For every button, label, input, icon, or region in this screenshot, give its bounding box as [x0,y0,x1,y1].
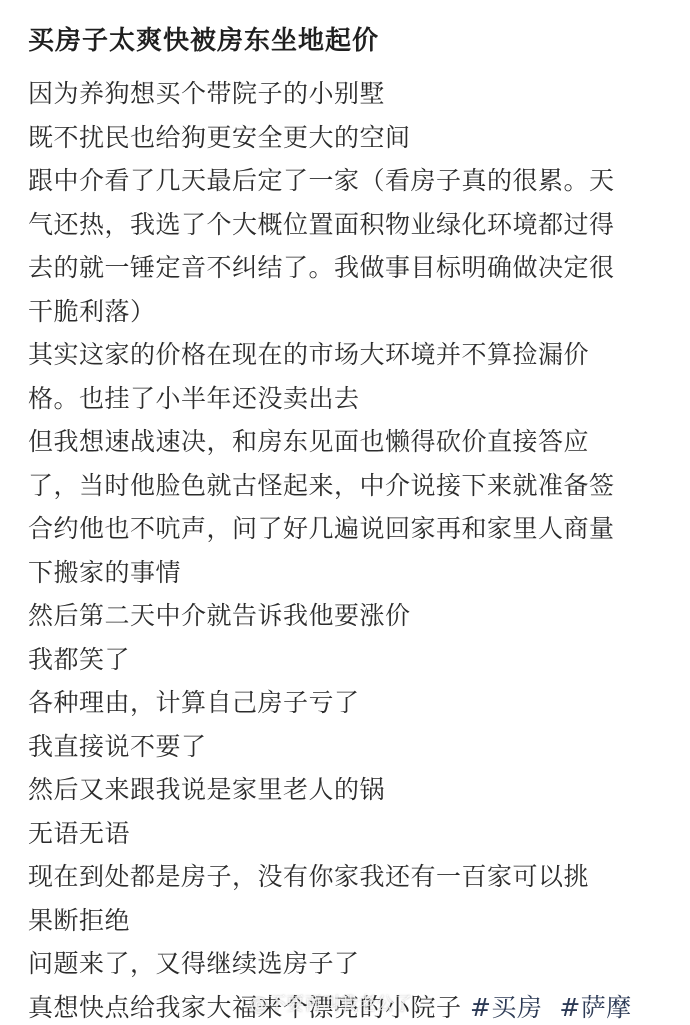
post-line: 然后第二天中介就告诉我他要涨价 [28,594,668,638]
post-line: 合约他也不吭声，问了好几遍说回家再和家里人商量 [28,507,668,551]
post-line: 格。也挂了小半年还没卖出去 [28,377,668,421]
post-line: 因为养狗想买个带院子的小别墅 [28,72,668,116]
post-line: 其实这家的价格在现在的市场大环境并不算捡漏价 [28,333,668,377]
post-line: 现在到处都是房子，没有你家我还有一百家可以挑 [28,855,668,899]
post-line: 但我想速战速决，和房东见面也懒得砍价直接答应 [28,420,668,464]
post-line: 问题来了，又得继续选房子了 [28,942,668,986]
post-line: 我直接说不要了 [28,725,668,769]
post-line: 去的就一锤定音不纠结了。我做事目标明确做决定很 [28,246,668,290]
hashtag-link[interactable]: #萨摩 [559,993,631,1022]
post-line: 然后又来跟我说是家里老人的锅 [28,768,668,812]
post-line: 我都笑了 [28,638,668,682]
hashtag-link[interactable]: #买房 [470,993,542,1022]
post-title: 买房子太爽快被房东坐地起价 [28,18,668,64]
watermark: @不要再叫我老公了 [250,990,412,1016]
post-line: 果断拒绝 [28,899,668,943]
post-line: 无语无语 [28,812,668,856]
post-line: 跟中介看了几天最后定了一家（看房子真的很累。天 [28,159,668,203]
post-line: 各种理由，计算自己房子亏了 [28,681,668,725]
post: 买房子太爽快被房东坐地起价 因为养狗想买个带院子的小别墅 既不扰民也给狗更安全更… [28,18,668,1025]
post-line: 了，当时他脸色就古怪起来，中介说接下来就准备签 [28,464,668,508]
post-line: 气还热，我选了个大概位置面积物业绿化环境都过得 [28,203,668,247]
post-line: 下搬家的事情 [28,551,668,595]
post-line: 干脆利落） [28,290,668,334]
post-line: 既不扰民也给狗更安全更大的空间 [28,116,668,160]
